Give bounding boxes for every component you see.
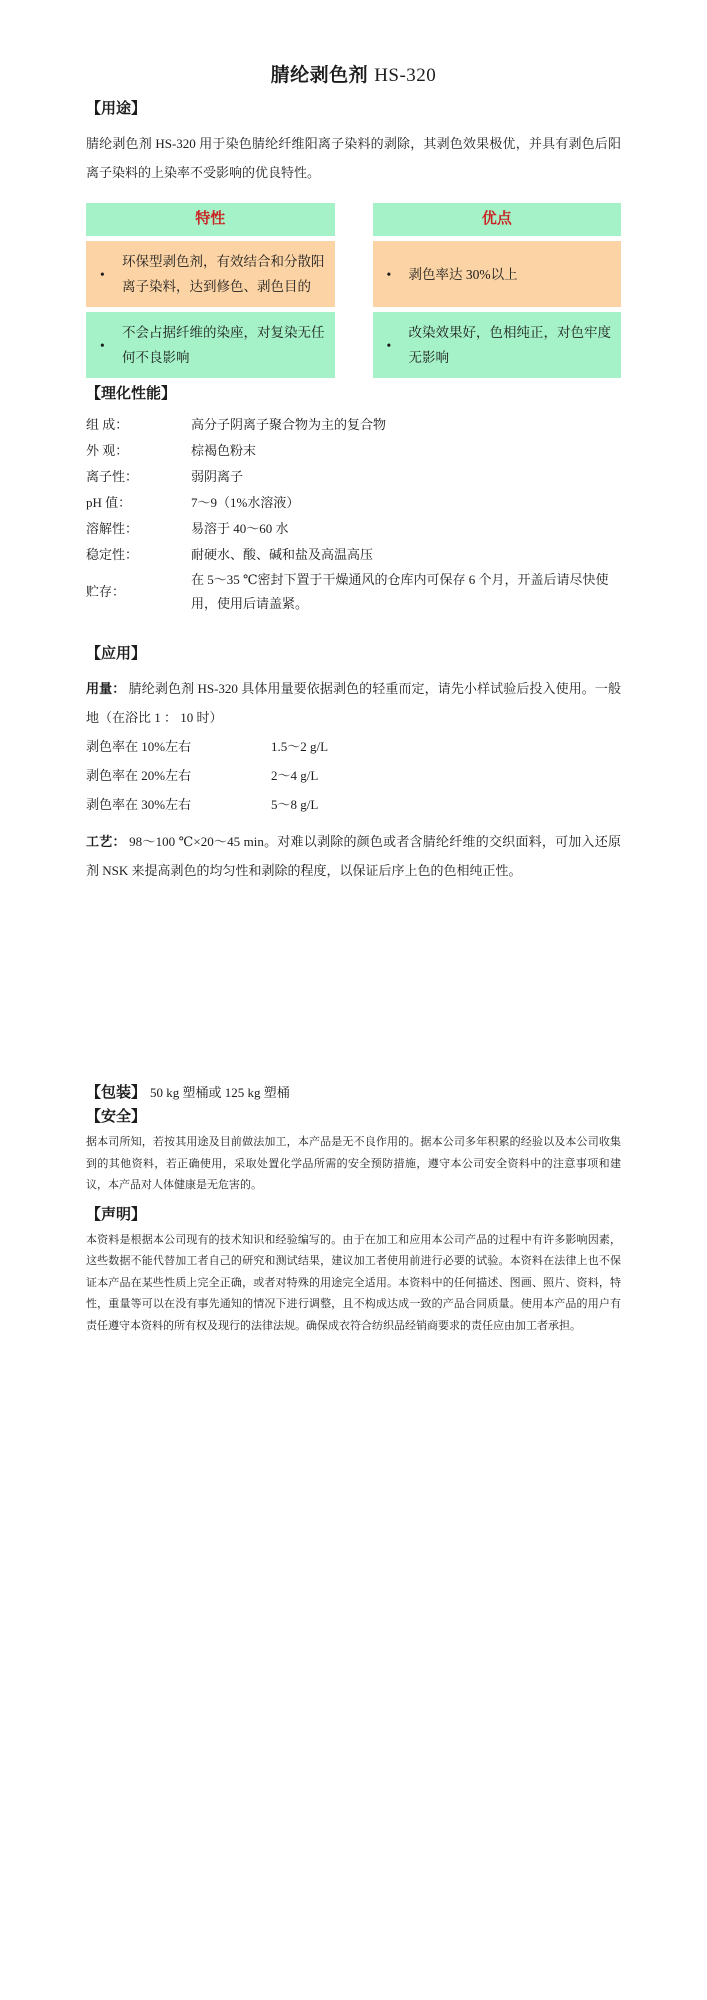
statement-paragraph: 本资料是根据本公司现有的技术知识和经验编写的。由于在加工和应用本公司产品的过程中…	[86, 1230, 621, 1338]
process-label: 工艺：	[86, 834, 126, 849]
table-cell-feature-1: • 环保型剥色剂，有效结合和分散阳离子染料，达到修色、剥色目的	[86, 241, 335, 307]
property-row: 稳定性： 耐硬水、酸、碱和盐及高温高压	[86, 542, 621, 568]
property-row: 组 成： 高分子阴离子聚合物为主的复合物	[86, 412, 621, 438]
property-label: pH 值：	[86, 490, 191, 516]
property-label: 外 观：	[86, 438, 191, 464]
property-value: 耐硬水、酸、碱和盐及高温高压	[191, 543, 621, 567]
property-row: pH 值： 7～9（1%水溶液）	[86, 490, 621, 516]
section-heading-properties: 【理化性能】	[86, 382, 621, 406]
section-heading-statement: 【声明】	[86, 1203, 621, 1227]
process-paragraph: 工艺： 98～100 ℃×20～45 min。对难以剥除的颜色或者含腈纶纤维的交…	[86, 827, 621, 885]
section-heading-safety: 【安全】	[86, 1105, 621, 1129]
packaging-section: 【包装】 50 kg 塑桶或 125 kg 塑桶	[86, 1081, 621, 1105]
feature-text: 环保型剥色剂，有效结合和分散阳离子染料，达到修色、剥色目的	[122, 249, 325, 299]
process-text: 98～100 ℃×20～45 min。对难以剥除的颜色或者含腈纶纤维的交织面料，…	[86, 834, 621, 878]
dosage-row: 剥色率在 10%左右 1.5～2 g/L	[86, 732, 621, 761]
section-heading-usage: 【用途】	[86, 97, 621, 121]
safety-paragraph: 据本司所知，若按其用途及目前做法加工，本产品是无不良作用的。据本公司多年积累的经…	[86, 1132, 621, 1197]
usage-paragraph: 腈纶剥色剂 HS-320 用于染色腈纶纤维阳离子染料的剥除，其剥色效果极优，并具…	[86, 129, 621, 187]
property-label: 稳定性：	[86, 542, 191, 568]
property-label: 离子性：	[86, 464, 191, 490]
property-label: 组 成：	[86, 412, 191, 438]
features-advantages-table: 特性 优点 • 环保型剥色剂，有效结合和分散阳离子染料，达到修色、剥色目的 • …	[86, 203, 621, 378]
properties-list: 组 成： 高分子阴离子聚合物为主的复合物 外 观： 棕褐色粉末 离子性： 弱阴离…	[86, 412, 621, 616]
page-title: 腈纶剥色剂HS-320	[86, 60, 621, 87]
dosage-amount: 1.5～2 g/L	[271, 732, 328, 761]
dosage-amount: 5～8 g/L	[271, 790, 318, 819]
property-row: 溶解性： 易溶于 40～60 水	[86, 516, 621, 542]
dosage-condition: 剥色率在 30%左右	[86, 790, 271, 819]
dosage-label: 用量：	[86, 681, 125, 696]
table-cell-advantage-2: • 改染效果好，色相纯正，对色牢度无影响	[373, 312, 622, 378]
table-cell-feature-2: • 不会占据纤维的染座，对复染无任何不良影响	[86, 312, 335, 378]
property-value: 弱阴离子	[191, 465, 621, 489]
product-code: HS-320	[374, 65, 436, 86]
packaging-text: 50 kg 塑桶或 125 kg 塑桶	[150, 1081, 290, 1105]
property-value: 棕褐色粉末	[191, 439, 621, 463]
property-value: 在 5～35 ℃密封下置于干燥通风的仓库内可保存 6 个月，开盖后请尽快使用，使…	[191, 568, 621, 616]
advantage-text: 改染效果好，色相纯正，对色牢度无影响	[409, 320, 612, 370]
property-row: 离子性： 弱阴离子	[86, 464, 621, 490]
section-heading-application: 【应用】	[86, 642, 621, 666]
property-value: 易溶于 40～60 水	[191, 517, 621, 541]
dosage-text: 腈纶剥色剂 HS-320 具体用量要依据剥色的轻重而定，请先小样试验后投入使用。…	[86, 681, 621, 725]
property-label: 贮存：	[86, 579, 191, 605]
property-row: 外 观： 棕褐色粉末	[86, 438, 621, 464]
bullet-icon: •	[96, 333, 122, 358]
property-value: 高分子阴离子聚合物为主的复合物	[191, 413, 621, 437]
dosage-condition: 剥色率在 10%左右	[86, 732, 271, 761]
dosage-paragraph: 用量： 腈纶剥色剂 HS-320 具体用量要依据剥色的轻重而定，请先小样试验后投…	[86, 674, 621, 732]
advantage-text: 剥色率达 30%以上	[409, 262, 518, 287]
property-value: 7～9（1%水溶液）	[191, 491, 621, 515]
property-row: 贮存： 在 5～35 ℃密封下置于干燥通风的仓库内可保存 6 个月，开盖后请尽快…	[86, 568, 621, 616]
product-datasheet: 腈纶剥色剂HS-320 【用途】 腈纶剥色剂 HS-320 用于染色腈纶纤维阳离…	[0, 0, 707, 1337]
dosage-row: 剥色率在 20%左右 2～4 g/L	[86, 761, 621, 790]
application-section: 【应用】 用量： 腈纶剥色剂 HS-320 具体用量要依据剥色的轻重而定，请先小…	[86, 642, 621, 885]
dosage-condition: 剥色率在 20%左右	[86, 761, 271, 790]
feature-text: 不会占据纤维的染座，对复染无任何不良影响	[122, 320, 325, 370]
bullet-icon: •	[383, 333, 409, 358]
bullet-icon: •	[383, 262, 409, 287]
section-heading-packaging: 【包装】	[86, 1081, 146, 1105]
table-cell-advantage-1: • 剥色率达 30%以上	[373, 241, 622, 307]
features-column-header: 特性	[86, 203, 335, 236]
product-name: 腈纶剥色剂	[271, 65, 369, 86]
dosage-row: 剥色率在 30%左右 5～8 g/L	[86, 790, 621, 819]
dosage-amount: 2～4 g/L	[271, 761, 318, 790]
advantages-column-header: 优点	[373, 203, 622, 236]
blank-gap	[86, 885, 621, 1081]
bullet-icon: •	[96, 262, 122, 287]
property-label: 溶解性：	[86, 516, 191, 542]
